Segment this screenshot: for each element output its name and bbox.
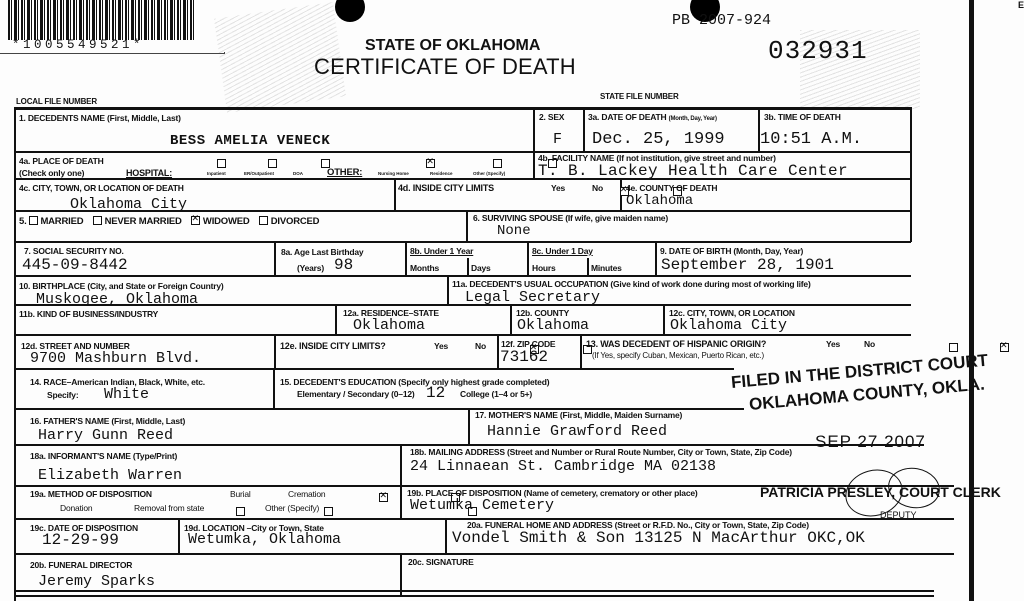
- place-nursing-home-checkbox[interactable]: [426, 159, 435, 168]
- hospital-label: HOSPITAL:: [126, 168, 172, 178]
- form-divider: [466, 210, 468, 241]
- under-1-year-label: 8b. Under 1 Year: [410, 246, 473, 256]
- inside-city-limits-yes-label: Yes: [551, 183, 565, 193]
- never-married-label: NEVER MARRIED: [105, 216, 182, 227]
- form-rule: [14, 151, 911, 153]
- donation-checkbox[interactable]: [236, 507, 245, 516]
- form-divider: [497, 334, 499, 368]
- place-residence-label: Residence: [430, 171, 453, 176]
- date-of-birth-label: 9. DATE OF BIRTH (Month, Day, Year): [660, 246, 803, 256]
- date-of-birth-value: September 28, 1901: [661, 257, 834, 273]
- punch-hole-left: [335, 0, 365, 22]
- place-inpatient-label: Inpatient: [207, 171, 226, 176]
- place-er-outpatient-checkbox[interactable]: [268, 159, 277, 168]
- age-sublabel: (Years): [297, 263, 324, 273]
- date-of-death-value: Dec. 25, 1999: [592, 131, 725, 148]
- form-divider: [467, 258, 469, 275]
- removal-from-state-checkbox[interactable]: [324, 507, 333, 516]
- cremation-label: Cremation: [288, 489, 325, 499]
- hispanic-yes-checkbox[interactable]: [949, 343, 958, 352]
- form-rule: [14, 368, 734, 370]
- mother-name-value: Hannie Grawford Reed: [487, 424, 667, 439]
- ssn-label: 7. SOCIAL SECURITY NO.: [24, 246, 124, 256]
- form-divider: [663, 304, 665, 334]
- widowed-label: WIDOWED: [203, 216, 250, 227]
- age-value: 98: [334, 257, 353, 273]
- donation-label: Donation: [60, 503, 92, 513]
- never-married-checkbox[interactable]: [93, 216, 102, 225]
- residence-city-limits-no-label: No: [475, 341, 486, 351]
- burial-label: Burial: [230, 489, 251, 499]
- birthplace-label: 10. BIRTHPLACE (City, and State or Forei…: [19, 281, 224, 291]
- filed-stamp-date: SEP 27 2007: [815, 432, 926, 452]
- form-divider: [533, 108, 535, 151]
- decedent-name-value: BESS AMELIA VENECK: [170, 134, 330, 148]
- occupation-value: Legal Secretary: [465, 290, 600, 305]
- hispanic-no-checkbox[interactable]: [1000, 343, 1009, 352]
- place-nursing-home-label: Nursing Home: [378, 171, 409, 176]
- form-divider: [178, 518, 180, 553]
- funeral-director-value: Jeremy Sparks: [38, 574, 155, 589]
- signature-label: 20c. SIGNATURE: [408, 557, 474, 567]
- education-elementary-value: 12: [426, 385, 445, 401]
- place-inpatient-checkbox[interactable]: [217, 159, 226, 168]
- race-specify-label: Specify:: [47, 390, 78, 400]
- occupation-label: 11a. DECEDENT'S USUAL OCCUPATION (Give k…: [452, 279, 811, 289]
- place-doa-label: DOA: [293, 171, 303, 176]
- form-divider: [580, 334, 582, 368]
- certificate-number: 032931: [768, 36, 868, 66]
- business-industry-label: 11b. KIND OF BUSINESS/INDUSTRY: [19, 309, 158, 319]
- birthplace-value: Muskogee, Oklahoma: [36, 292, 198, 307]
- hispanic-yes-label: Yes: [826, 339, 840, 349]
- days-label: Days: [471, 263, 491, 273]
- residence-city-value: Oklahoma City: [670, 318, 787, 333]
- place-er-outpatient-label: ER/Outpatient: [244, 171, 274, 176]
- form-rule: [14, 275, 911, 277]
- date-of-death-sublabel: (Month, Day, Year): [669, 116, 717, 122]
- married-checkbox[interactable]: [29, 216, 38, 225]
- form-rule: [14, 444, 924, 446]
- edge-mark: E: [1018, 0, 1024, 10]
- form-rule: [14, 241, 911, 243]
- mailing-address-value: 24 Linnaean St. Cambridge MA 02138: [410, 459, 716, 474]
- form-divider: [527, 241, 529, 275]
- disposition-location-value: Wetumka, Oklahoma: [188, 532, 341, 547]
- ssn-value: 445-09-8442: [22, 257, 128, 273]
- form-rule: [14, 595, 934, 597]
- divorced-label: DIVORCED: [271, 216, 320, 227]
- sex-label: 2. SEX: [539, 112, 564, 122]
- residence-county-value: Oklahoma: [517, 318, 589, 333]
- disposition-date-value: 12-29-99: [42, 532, 119, 548]
- barcode-number: *1005549521*: [12, 38, 144, 52]
- county-of-death-value: Oklahoma: [626, 194, 693, 208]
- form-divider: [655, 241, 657, 275]
- form-divider: [400, 444, 402, 518]
- form-rule: [14, 553, 954, 555]
- sex-value: F: [553, 132, 562, 147]
- race-value: White: [104, 387, 149, 402]
- barcode-frame: [0, 52, 225, 54]
- form-divider: [468, 408, 470, 444]
- funeral-director-label: 20b. FUNERAL DIRECTOR: [30, 560, 132, 570]
- informant-name-label: 18a. INFORMANT'S NAME (Type/Print): [30, 451, 177, 461]
- state-file-number-label: STATE FILE NUMBER: [600, 92, 679, 101]
- local-file-number-label: LOCAL FILE NUMBER: [16, 97, 97, 106]
- removal-from-state-label: Removal from state: [134, 503, 204, 513]
- months-label: Months: [410, 263, 439, 273]
- pb-number: PB 2007-924: [672, 12, 771, 29]
- father-name-label: 16. FATHER'S NAME (First, Middle, Last): [30, 416, 185, 426]
- zip-code-value: 73162: [500, 349, 548, 365]
- inside-city-limits-no-label: No: [592, 183, 603, 193]
- date-of-death-label-text: 3a. DATE OF DEATH: [588, 112, 666, 122]
- informant-name-value: Elizabeth Warren: [38, 468, 182, 483]
- document-title: CERTIFICATE OF DEATH: [314, 54, 576, 80]
- form-divider: [273, 368, 275, 408]
- facility-name-value: T. B. Lackey Health Care Center: [538, 163, 848, 179]
- hispanic-no-label: No: [864, 339, 875, 349]
- other-disposition-label: Other (Specify): [265, 503, 319, 513]
- form-divider: [510, 304, 512, 334]
- funeral-home-value: Vondel Smith & Son 13125 N MacArthur OKC…: [452, 530, 865, 546]
- other-label: OTHER:: [327, 167, 362, 178]
- time-of-death-value: 10:51 A.M.: [760, 131, 862, 148]
- form-border-left: [14, 107, 16, 601]
- form-divider: [447, 275, 449, 304]
- hispanic-origin-sublabel: (If Yes, specify Cuban, Mexican, Puerto …: [592, 351, 764, 360]
- married-label: MARRIED: [40, 216, 83, 227]
- hispanic-origin-label: 13. WAS DECEDENT OF HISPANIC ORIGIN?: [586, 339, 766, 349]
- form-divider: [587, 258, 589, 275]
- hours-label: Hours: [532, 263, 556, 273]
- residence-state-value: Oklahoma: [353, 318, 425, 333]
- father-name-value: Harry Gunn Reed: [38, 428, 173, 443]
- mailing-address-label: 18b. MAILING ADDRESS (Street and Number …: [410, 447, 792, 457]
- street-value: 9700 Mashburn Blvd.: [30, 351, 201, 366]
- place-of-disposition-value: Wetumka Cemetery: [410, 498, 554, 513]
- inside-city-limits-label: 4d. INSIDE CITY LIMITS: [398, 183, 494, 193]
- widowed-checkbox[interactable]: [191, 216, 200, 225]
- form-divider: [274, 241, 276, 275]
- state-title: STATE OF OKLAHOMA: [365, 37, 540, 55]
- under-1-day-label: 8c. Under 1 Day: [532, 246, 593, 256]
- place-of-death-sublabel: (Check only one): [19, 168, 84, 178]
- form-rule: [14, 590, 934, 592]
- residence-city-limits-yes-label: Yes: [434, 341, 448, 351]
- city-of-death-label: 4c. CITY, TOWN, OR LOCATION OF DEATH: [19, 183, 184, 193]
- form-divider: [335, 304, 337, 334]
- decedent-name-label: 1. DECEDENTS NAME (First, Middle, Last): [19, 113, 181, 123]
- form-divider: [274, 334, 276, 368]
- form-border-right: [910, 107, 912, 242]
- education-college-label: College (1–4 or 5+): [460, 389, 532, 399]
- place-residence-checkbox[interactable]: [493, 159, 502, 168]
- education-label: 15. DECEDENT'S EDUCATION (Specify only h…: [280, 377, 549, 387]
- education-elementary-label: Elementary / Secondary (0–12): [297, 389, 415, 399]
- form-divider: [533, 151, 535, 178]
- county-of-death-label: 4e. COUNTY OF DEATH: [626, 183, 717, 193]
- place-of-death-label: 4a. PLACE OF DEATH: [19, 156, 104, 166]
- right-margin-rule: [969, 0, 974, 601]
- place-other-label: Other (Specify): [473, 171, 505, 176]
- form-divider: [400, 553, 402, 595]
- surviving-spouse-value: None: [497, 224, 531, 238]
- marital-status: 5. MARRIED NEVER MARRIED WIDOWED DIVORCE…: [19, 216, 319, 227]
- form-divider: [445, 518, 447, 553]
- mother-name-label: 17. MOTHER'S NAME (First, Middle, Maiden…: [475, 410, 682, 420]
- time-of-death-label: 3b. TIME OF DEATH: [764, 112, 841, 122]
- form-rule: [14, 107, 911, 110]
- disposition-method-label: 19a. METHOD OF DISPOSITION: [30, 489, 152, 499]
- form-divider: [583, 108, 585, 151]
- place-doa-checkbox[interactable]: [321, 159, 330, 168]
- form-divider: [394, 178, 396, 210]
- surviving-spouse-label: 6. SURVIVING SPOUSE (If wife, give maide…: [473, 213, 668, 223]
- form-rule: [14, 334, 911, 336]
- divorced-checkbox[interactable]: [259, 216, 268, 225]
- city-of-death-value: Oklahoma City: [70, 197, 187, 212]
- barcode: [8, 0, 196, 40]
- inside-city-limits-residence-label: 12e. INSIDE CITY LIMITS?: [280, 341, 386, 351]
- marital-status-prefix: 5.: [19, 216, 27, 227]
- date-of-death-label: 3a. DATE OF DEATH (Month, Day, Year): [588, 112, 717, 122]
- minutes-label: Minutes: [591, 263, 622, 273]
- burial-checkbox[interactable]: [379, 493, 388, 502]
- form-divider: [405, 241, 407, 275]
